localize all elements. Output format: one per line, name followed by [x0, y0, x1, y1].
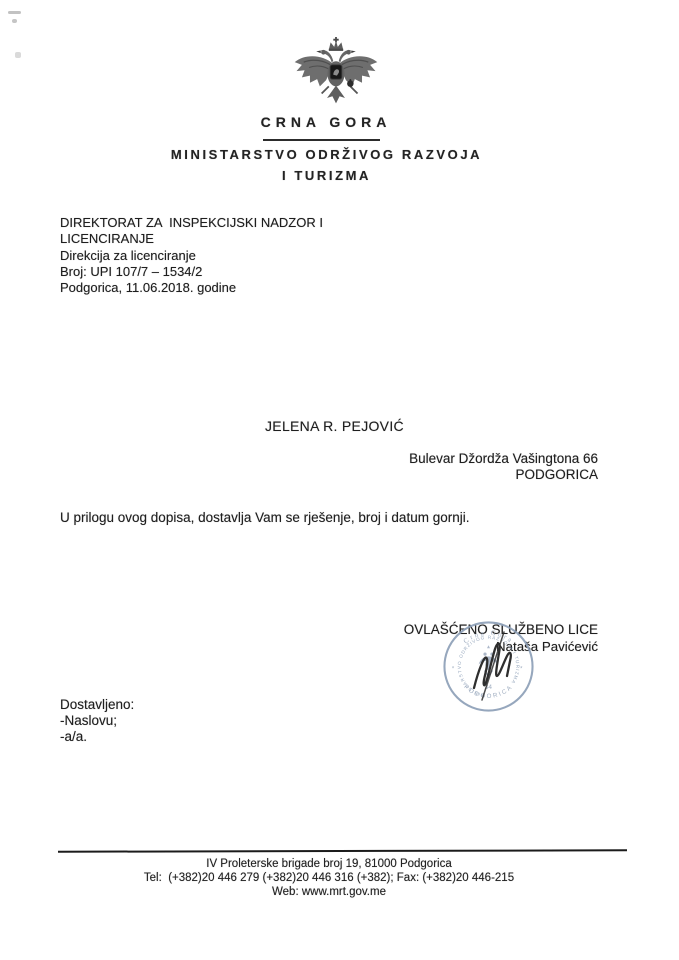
directorate-line2: LICENCIRANJE	[60, 231, 323, 247]
recipient-street: Bulevar Džordža Vašingtona 66	[409, 451, 598, 467]
department: Direkcija za licenciranje	[60, 248, 323, 264]
letter-body: U prilogu ovog dopisa, dostavlja Vam se …	[60, 510, 469, 525]
header-divider	[263, 139, 380, 141]
footer-block: IV Proleterske brigade broj 19, 81000 Po…	[29, 857, 629, 899]
footer-web: Web: www.mrt.gov.me	[29, 885, 629, 899]
recipient-city: PODGORICA	[409, 467, 598, 483]
footer-contacts: Tel: (+382)20 446 279 (+382)20 446 316 (…	[29, 871, 629, 885]
footer-address: IV Proleterske brigade broj 19, 81000 Po…	[29, 857, 629, 871]
scanned-letter-page: CRNA GORA MINISTARSTVO ODRŽIVOG RAZVOJA …	[0, 0, 679, 960]
scan-artifact	[12, 19, 17, 23]
sender-block: DIREKTORAT ZA INSPEKCIJSKI NADZOR I LICE…	[60, 215, 323, 296]
distribution-item: -a/a.	[60, 729, 134, 745]
ministry-name-line2: I TURIZMA	[0, 168, 653, 183]
footer-rule	[58, 849, 627, 853]
case-number: Broj: UPI 107/7 – 1534/2	[60, 264, 323, 280]
scan-artifact	[8, 11, 21, 14]
recipient-name: JELENA R. PEJOVIĆ	[265, 418, 404, 434]
distribution-item: -Naslovu;	[60, 713, 134, 729]
distribution-title: Dostavljeno:	[60, 697, 134, 713]
coat-of-arms-icon	[291, 37, 381, 107]
ministry-name-line1: MINISTARSTVO ODRŽIVOG RAZVOJA	[0, 147, 653, 162]
handwritten-signature	[466, 622, 530, 706]
scan-artifact	[15, 52, 21, 58]
stamp-separator-left: *	[452, 666, 455, 672]
country-name: CRNA GORA	[0, 114, 652, 130]
place-date: Podgorica, 11.06.2018. godine	[60, 280, 323, 296]
distribution-block: Dostavljeno: -Naslovu; -a/a.	[60, 697, 134, 746]
recipient-address: Bulevar Džordža Vašingtona 66 PODGORICA	[409, 451, 598, 482]
directorate-line1: DIREKTORAT ZA INSPEKCIJSKI NADZOR I	[60, 215, 323, 231]
